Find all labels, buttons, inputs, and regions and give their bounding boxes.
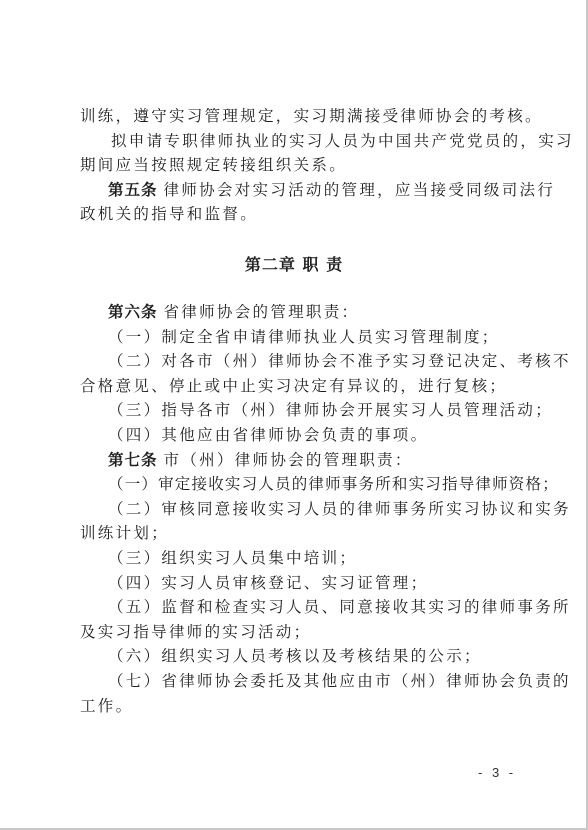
article-heading: 第五条: [108, 181, 158, 199]
article-line: 第五条律师协会对实习活动的管理，应当接受同级司法行: [80, 178, 512, 203]
line-text: （五）监督和检查实习人员、同意接收其实习的律师事务所: [108, 598, 571, 616]
paragraph-block-1: 训练，遵守实习管理规定，实习期满接受律师协会的考核。 拟申请专职律师执业的实习人…: [80, 104, 512, 227]
line-text: 训练，遵守实习管理规定，实习期满接受律师协会的考核。: [80, 107, 543, 125]
line-text: 工作。: [80, 697, 133, 715]
page-number: - 3 -: [478, 765, 516, 780]
paragraph-block-2: 第六条省律师协会的管理职责： （一）制定全省申请律师执业人员实习管理制度； （二…: [80, 300, 512, 718]
text-line: 及实习指导律师的实习活动；: [80, 620, 512, 645]
line-text: 市（州）律师协会的管理职责：: [164, 451, 413, 469]
line-text: （三）指导各市（州）律师协会开展实习人员管理活动；: [108, 401, 553, 419]
list-item: （一）审定接收实习人员的律师事务所和实习指导律师资格；: [80, 472, 512, 497]
list-item: （二）对各市（州）律师协会不准予实习登记决定、考核不: [80, 349, 512, 374]
list-item: （七）省律师协会委托及其他应由市（州）律师协会负责的: [80, 669, 512, 694]
line-text: 期间应当按照规定转接组织关系。: [80, 156, 347, 174]
line-text: 及实习指导律师的实习活动；: [80, 623, 311, 641]
text-line: 拟申请专职律师执业的实习人员为中国共产党党员的，实习: [80, 129, 512, 154]
line-text: （二）审核同意接收实习人员的律师事务所实习协议和实务: [108, 500, 571, 518]
line-text: （四）实习人员审核登记、实习证管理；: [108, 574, 428, 592]
document-page: 训练，遵守实习管理规定，实习期满接受律师协会的考核。 拟申请专职律师执业的实习人…: [0, 0, 588, 830]
line-text: （四）其他应由省律师协会负责的事项。: [108, 426, 428, 444]
list-item: （一）制定全省申请律师执业人员实习管理制度；: [80, 325, 512, 350]
line-text: （一）审定接收实习人员的律师事务所和实习指导律师资格；: [108, 475, 559, 493]
list-item: （五）监督和检查实习人员、同意接收其实习的律师事务所: [80, 595, 512, 620]
article-heading: 第七条: [108, 451, 158, 469]
text-line: 政机关的指导和监督。: [80, 202, 512, 227]
article-heading: 第六条: [108, 303, 158, 321]
article-line: 第六条省律师协会的管理职责：: [80, 300, 512, 325]
line-text: 合格意见、停止或中止实习决定有异议的，进行复核；: [80, 377, 507, 395]
chapter-heading: 第二章 职 责: [0, 252, 588, 275]
line-text: （三）组织实习人员集中培训；: [108, 549, 357, 567]
line-text: （一）制定全省申请律师执业人员实习管理制度；: [108, 328, 500, 346]
text-line: 训练，遵守实习管理规定，实习期满接受律师协会的考核。: [80, 104, 512, 129]
list-item: （四）其他应由省律师协会负责的事项。: [80, 423, 512, 448]
line-text: 拟申请专职律师执业的实习人员为中国共产党党员的，实习: [111, 132, 574, 150]
list-item: （六）组织实习人员考核以及考核结果的公示；: [80, 644, 512, 669]
list-item: （三）组织实习人员集中培训；: [80, 546, 512, 571]
article-line: 第七条市（州）律师协会的管理职责：: [80, 448, 512, 473]
text-line: 期间应当按照规定转接组织关系。: [80, 153, 512, 178]
list-item: （四）实习人员审核登记、实习证管理；: [80, 571, 512, 596]
line-text: 政机关的指导和监督。: [80, 205, 258, 223]
text-line: 训练计划；: [80, 521, 512, 546]
line-text: 训练计划；: [80, 524, 169, 542]
line-text: （二）对各市（州）律师协会不准予实习登记决定、考核不: [108, 352, 571, 370]
text-line: 合格意见、停止或中止实习决定有异议的，进行复核；: [80, 374, 512, 399]
line-text: 省律师协会的管理职责：: [164, 303, 360, 321]
list-item: （二）审核同意接收实习人员的律师事务所实习协议和实务: [80, 497, 512, 522]
line-text: 律师协会对实习活动的管理，应当接受同级司法行: [164, 181, 556, 199]
line-text: （七）省律师协会委托及其他应由市（州）律师协会负责的: [108, 672, 571, 690]
line-text: （六）组织实习人员考核以及考核结果的公示；: [108, 647, 482, 665]
text-line: 工作。: [80, 694, 512, 719]
list-item: （三）指导各市（州）律师协会开展实习人员管理活动；: [80, 398, 512, 423]
